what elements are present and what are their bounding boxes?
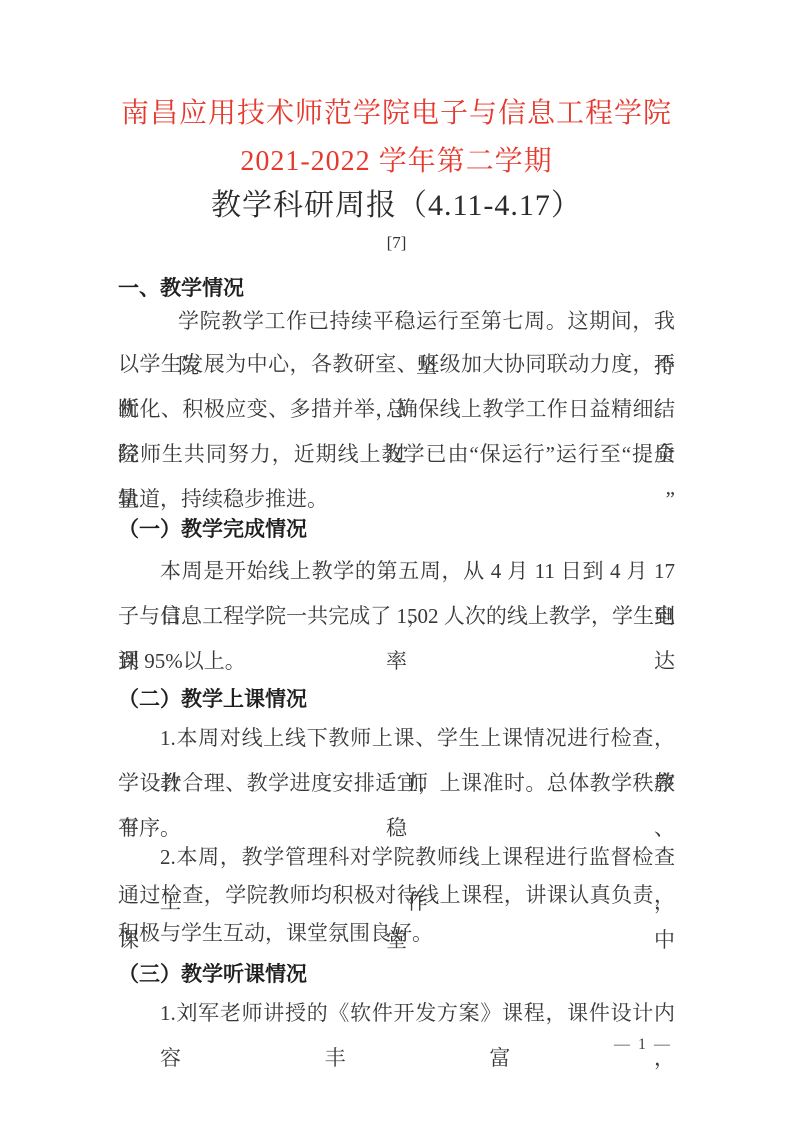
paragraph-line: 积极与学生互动，课堂氛围良好。: [118, 911, 675, 956]
document-page: 南昌应用技术师范学院电子与信息工程学院 2021-2022 学年第二学期 教学科…: [0, 0, 793, 1122]
issue-number: [7]: [0, 228, 793, 258]
title-line-2: 2021-2022 学年第二学期: [0, 138, 793, 186]
report-title: 教学科研周报（4.11-4.17）: [0, 182, 793, 230]
section-heading-2: （一）教学完成情况: [118, 507, 675, 552]
page-number: — 1 —: [0, 1035, 672, 1055]
title-line-1: 南昌应用技术师范学院电子与信息工程学院: [0, 90, 793, 138]
